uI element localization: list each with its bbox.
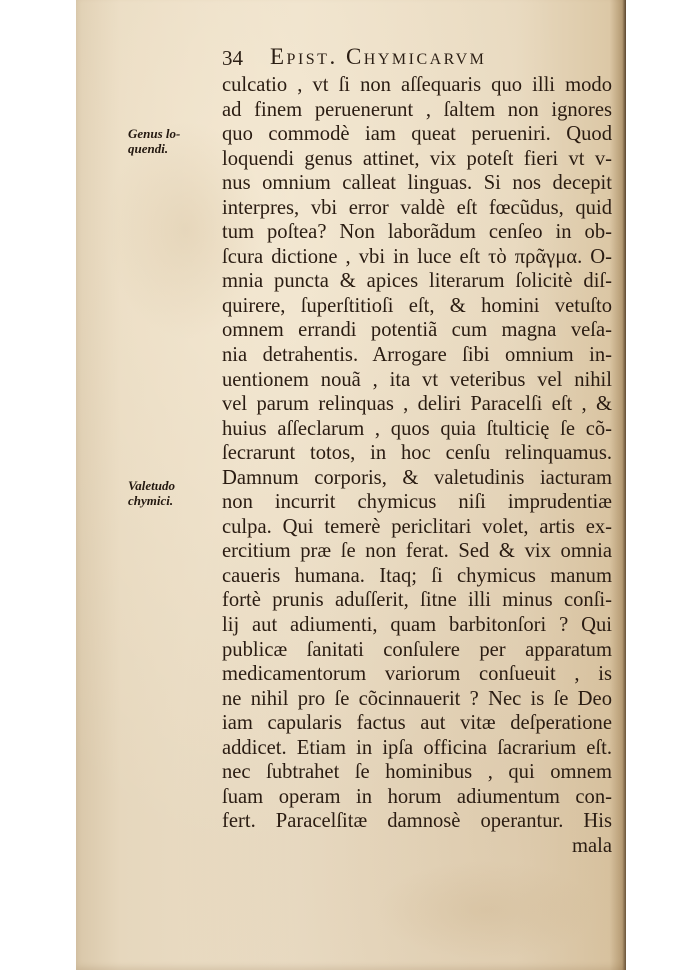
margin-note-genus-loquendi: Genus lo- quendi. <box>128 126 208 156</box>
text-line: non incurrit chymicus niſi imprudentiæ <box>222 490 612 515</box>
text-line: caueris humana. Itaq; ſi chymicus manum <box>222 564 612 589</box>
text-line: iam capularis factus aut vitæ deſperatio… <box>222 711 612 736</box>
text-line: uentionem nouã , ita vt veteribus vel ni… <box>222 368 612 393</box>
text-line: loquendi genus attinet, vix poteſt fieri… <box>222 147 612 172</box>
catchword: mala <box>222 834 612 859</box>
text-line: quo commodè iam queat perueniri. Quod <box>222 122 612 147</box>
text-line: omnem errandi potentiã cum magna veſa- <box>222 318 612 343</box>
text-line: ad finem peruenerunt , ſaltem non ignore… <box>222 98 612 123</box>
text-line: interpres, vbi error valdè eſt fœcũdus, … <box>222 196 612 221</box>
text-line: fert. Paracelſitæ damnosè operantur. His <box>222 809 612 834</box>
body-text: culcatio , vt ſi non aſſequaris quo illi… <box>222 73 612 859</box>
margin-note-line: chymici. <box>128 493 208 508</box>
text-line: ercitium præ ſe non ferat. Sed & vix omn… <box>222 539 612 564</box>
paper-stain <box>376 860 596 960</box>
text-line: quirere, ſuperſtitioſi eſt, & homini vet… <box>222 294 612 319</box>
text-line: ſuam operam in horum adiumentum con- <box>222 785 612 810</box>
text-line: ne nihil pro ſe cõcinnauerit ? Nec is ſe… <box>222 687 612 712</box>
text-line: nec ſubtrahet ſe hominibus , qui omnem <box>222 760 612 785</box>
text-line: addicet. Etiam in ipſa officina ſacrariu… <box>222 736 612 761</box>
text-line: ſcura dictione , vbi in luce eſt τὸ πρᾶγ… <box>222 245 612 270</box>
book-page: 34 Epist. Chymicarvm Genus lo- quendi. V… <box>76 0 626 970</box>
running-title: Epist. Chymicarvm <box>270 44 486 70</box>
text-line: nia detrahentis. Arrogare ſibi omnium in… <box>222 343 612 368</box>
text-line: culcatio , vt ſi non aſſequaris quo illi… <box>222 73 612 98</box>
margin-note-valetudo-chymici: Valetudo chymici. <box>128 478 208 508</box>
margin-note-line: Genus lo- <box>128 126 208 141</box>
text-line: Damnum corporis, & valetudinis iacturam <box>222 466 612 491</box>
text-line: ſecrarunt totos, in hoc cenſu relinquamu… <box>222 441 612 466</box>
text-line: medicamentorum variorum conſueuit , is <box>222 662 612 687</box>
text-line: lij aut adiumenti, quam barbitonſori ? Q… <box>222 613 612 638</box>
text-line: mnia puncta & apices literarum ſolicitè … <box>222 269 612 294</box>
text-line: tum poſtea? Non laborãdum cenſeo in ob- <box>222 220 612 245</box>
text-line: fortè prunis aduſſerit, ſitne illi minus… <box>222 588 612 613</box>
margin-note-line: quendi. <box>128 141 208 156</box>
margin-note-line: Valetudo <box>128 478 208 493</box>
text-line: publicæ ſanitati conſulere per apparatum <box>222 638 612 663</box>
text-line: nus omnium calleat linguas. Si nos decep… <box>222 171 612 196</box>
text-line: huius aſſeclarum , quos quia ſtulticię ſ… <box>222 417 612 442</box>
text-line: culpa. Qui temerè periclitari volet, art… <box>222 515 612 540</box>
text-line: vel parum relinquas , deliri Paracelſi e… <box>222 392 612 417</box>
page-number: 34 <box>222 46 243 71</box>
